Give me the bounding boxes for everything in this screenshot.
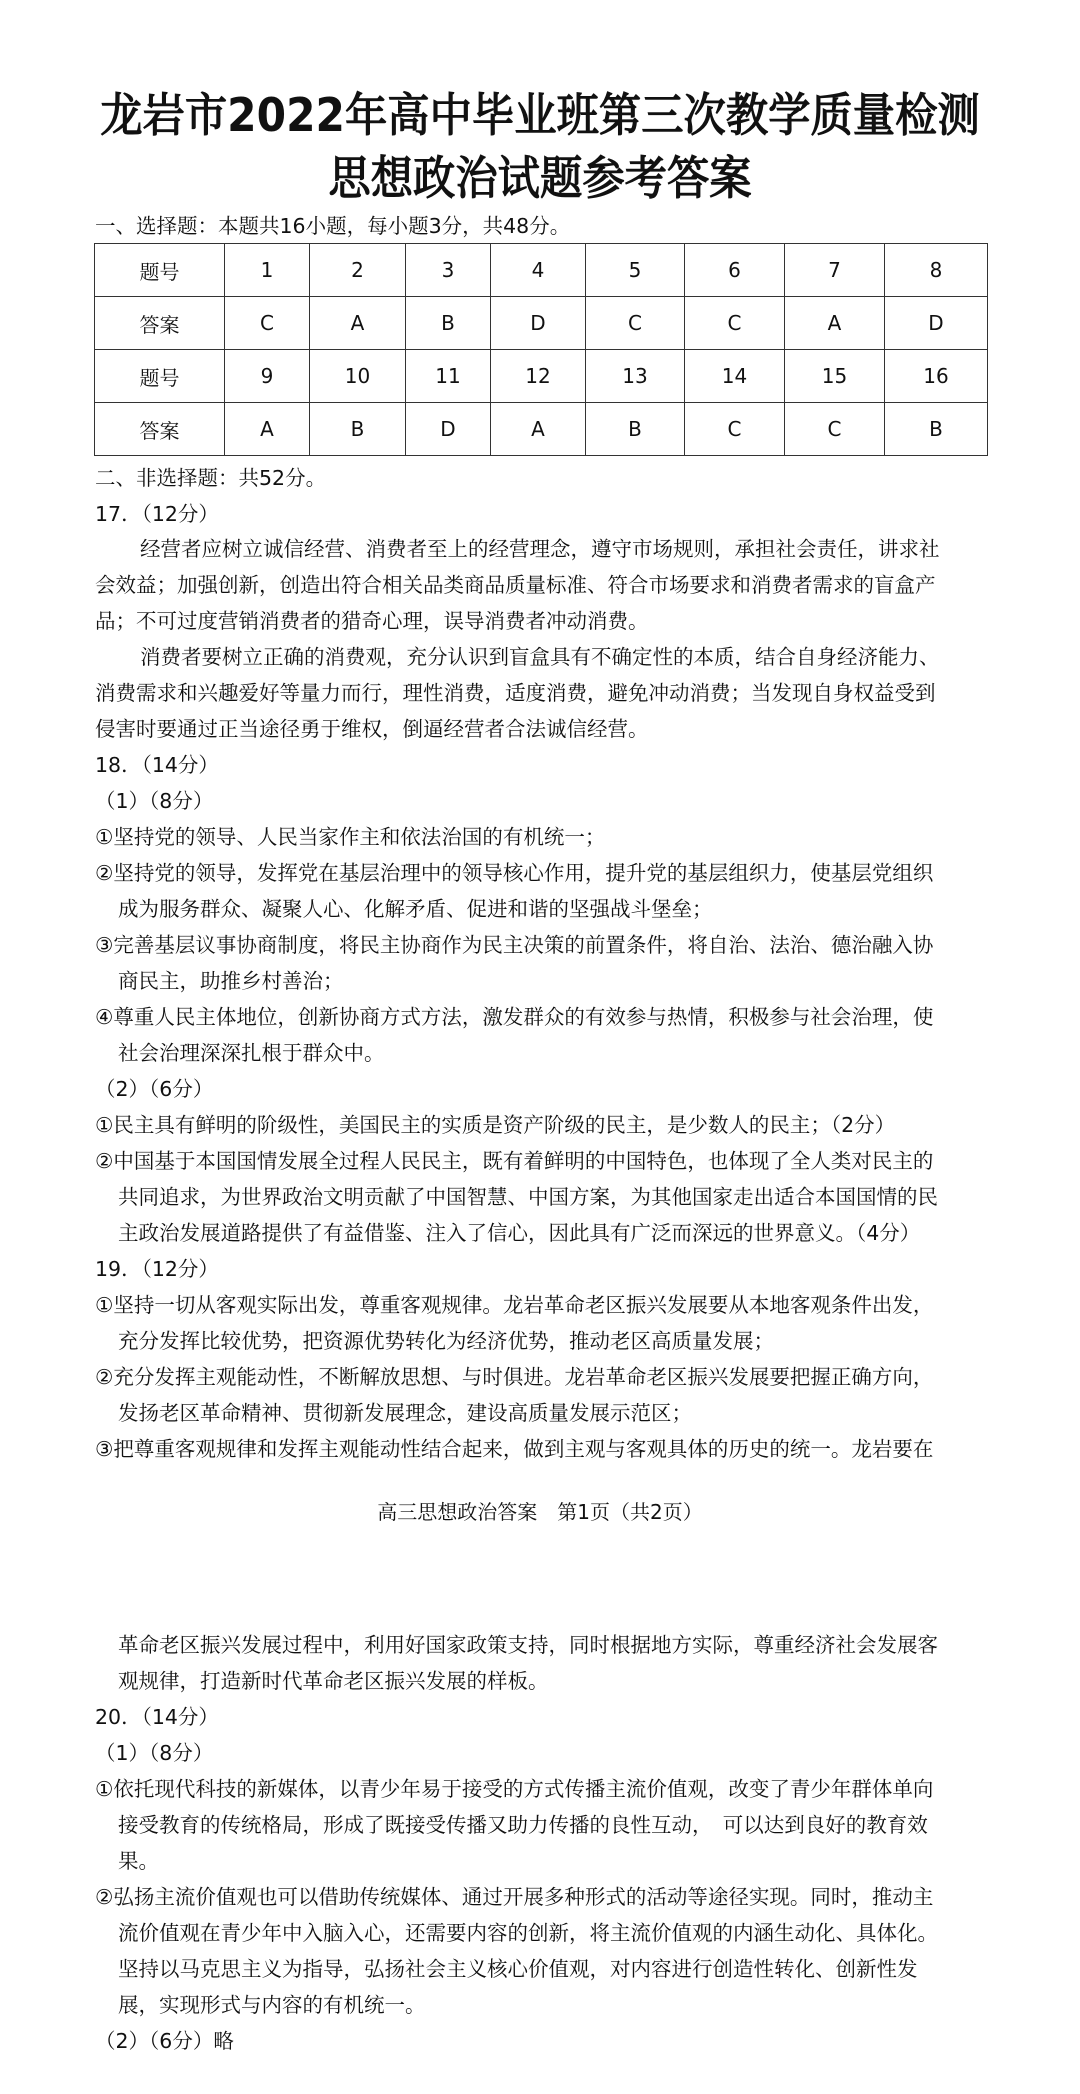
q20-part1-line: 接受教育的传统格局，形成了既接受传播又助力传播的良性互动， 可以达到良好的教育效 (118, 1807, 1023, 1843)
table-row: 答案 A B D A B C C B (95, 403, 988, 456)
document-title: 龙岩市2022年高中毕业班第三次教学质量检测 (43, 92, 1037, 138)
table-cell: 3 (406, 244, 491, 297)
q18-part1-line: 社会治理深深扎根于群众中。 (118, 1035, 1023, 1071)
section2-heading: 二、非选择题：共52分。 (95, 460, 1000, 496)
table-cell: 9 (225, 350, 310, 403)
q20-part1-line: 展，实现形式与内容的有机统一。 (118, 1987, 1023, 2023)
table-cell: 8 (885, 244, 988, 297)
table-cell: B (586, 403, 685, 456)
q18-part1-label: （1）（8分） (95, 783, 1000, 819)
table-cell: C (685, 403, 785, 456)
q17-label: 17．（12分） (95, 496, 1000, 532)
q18-part1-line: ②坚持党的领导，发挥党在基层治理中的领导核心作用，提升党的基层组织力，使基层党组… (95, 855, 1000, 891)
q20-part1-line: 坚持以马克思主义为指导，弘扬社会主义核心价值观，对内容进行创造性转化、创新性发 (118, 1951, 1023, 1987)
table-cell: 11 (406, 350, 491, 403)
table-cell: B (310, 403, 406, 456)
table-cell: A (785, 297, 885, 350)
q18-label: 18．（14分） (95, 747, 1000, 783)
q20-part1-label: （1）（8分） (95, 1735, 1000, 1771)
q20-part2-label: （2）（6分）略 (95, 2023, 1000, 2059)
table-row: 题号 1 2 3 4 5 6 7 8 (95, 244, 988, 297)
table-cell: D (885, 297, 988, 350)
table-cell: A (491, 403, 586, 456)
section1-heading: 一、选择题：本题共16小题，每小题3分，共48分。 (95, 208, 1000, 244)
table-header-cell: 答案 (95, 297, 225, 350)
q18-part2-line: ②中国基于本国国情发展全过程人民民主，既有着鲜明的中国特色，也体现了全人类对民主… (95, 1143, 1000, 1179)
table-cell: 4 (491, 244, 586, 297)
q17-line: 侵害时要通过正当途径勇于维权，倒逼经营者合法诚信经营。 (95, 711, 1000, 747)
q18-part2-line: 主政治发展道路提供了有益借鉴、注入了信心，因此具有广泛而深远的世界意义。（4分） (118, 1215, 1023, 1251)
q19-line: 充分发挥比较优势，把资源优势转化为经济优势，推动老区高质量发展； (118, 1323, 1023, 1359)
q18-part1-line: ①坚持党的领导、人民当家作主和依法治国的有机统一； (95, 819, 1000, 855)
table-cell: 1 (225, 244, 310, 297)
q18-part1-line: ④尊重人民主体地位，创新协商方式方法，激发群众的有效参与热情，积极参与社会治理，… (95, 999, 1000, 1035)
table-cell: 10 (310, 350, 406, 403)
q18-part1-line: 商民主，助推乡村善治； (118, 963, 1023, 999)
table-cell: 16 (885, 350, 988, 403)
page-footer: 高三思想政治答案 第1页（共2页） (0, 1497, 1080, 1527)
q19-continued-line: 革命老区振兴发展过程中，利用好国家政策支持，同时根据地方实际，尊重经济社会发展客 (118, 1627, 1023, 1663)
q19-line: ①坚持一切从客观实际出发，尊重客观规律。龙岩革命老区振兴发展要从本地客观条件出发… (95, 1287, 1000, 1323)
q17-line: 会效益；加强创新，创造出符合相关品类商品质量标准、符合市场要求和消费者需求的盲盒… (95, 567, 1000, 603)
q18-part1-line: ③完善基层议事协商制度，将民主协商作为民主决策的前置条件，将自治、法治、德治融入… (95, 927, 1000, 963)
document-subtitle: 思想政治试题参考答案 (43, 155, 1037, 201)
q19-line: 发扬老区革命精神、贯彻新发展理念，建设高质量发展示范区； (118, 1395, 1023, 1431)
table-cell: A (310, 297, 406, 350)
table-cell: C (225, 297, 310, 350)
table-cell: C (685, 297, 785, 350)
q19-label: 19．（12分） (95, 1251, 1000, 1287)
q20-label: 20．（14分） (95, 1699, 1000, 1735)
table-cell: 2 (310, 244, 406, 297)
q18-part2-line: 共同追求，为世界政治文明贡献了中国智慧、中国方案，为其他国家走出适合本国国情的民 (118, 1179, 1023, 1215)
table-cell: 5 (586, 244, 685, 297)
q17-line: 消费需求和兴趣爱好等量力而行，理性消费，适度消费，避免冲动消费；当发现自身权益受… (95, 675, 1000, 711)
q18-part1-line: 成为服务群众、凝聚人心、化解矛盾、促进和谐的坚强战斗堡垒； (118, 891, 1023, 927)
table-header-cell: 答案 (95, 403, 225, 456)
q19-line: ②充分发挥主观能动性，不断解放思想、与时俱进。龙岩革命老区振兴发展要把握正确方向… (95, 1359, 1000, 1395)
q17-line: 品；不可过度营销消费者的猎奇心理，误导消费者冲动消费。 (95, 603, 1000, 639)
table-cell: D (491, 297, 586, 350)
table-row: 答案 C A B D C C A D (95, 297, 988, 350)
table-cell: B (406, 297, 491, 350)
answer-table: 题号 1 2 3 4 5 6 7 8 答案 C A B D C C A D 题号… (94, 243, 988, 456)
table-cell: 15 (785, 350, 885, 403)
table-cell: A (225, 403, 310, 456)
table-cell: D (406, 403, 491, 456)
table-header-cell: 题号 (95, 244, 225, 297)
table-cell: C (586, 297, 685, 350)
table-cell: 6 (685, 244, 785, 297)
table-cell: 14 (685, 350, 785, 403)
q20-part1-line: 流价值观在青少年中入脑入心，还需要内容的创新，将主流价值观的内涵生动化、具体化。 (118, 1915, 1023, 1951)
q19-line: ③把尊重客观规律和发挥主观能动性结合起来，做到主观与客观具体的历史的统一。龙岩要… (95, 1431, 1000, 1467)
q20-part1-line: ②弘扬主流价值观也可以借助传统媒体、通过开展多种形式的活动等途径实现。同时，推动… (95, 1879, 1000, 1915)
table-header-cell: 题号 (95, 350, 225, 403)
q20-part1-line: ①依托现代科技的新媒体，以青少年易于接受的方式传播主流价值观，改变了青少年群体单… (95, 1771, 1000, 1807)
q17-line: 消费者要树立正确的消费观，充分认识到盲盒具有不确定性的本质，结合自身经济能力、 (140, 639, 1045, 675)
q20-part1-line: 果。 (118, 1843, 1023, 1879)
table-cell: 7 (785, 244, 885, 297)
table-cell: C (785, 403, 885, 456)
q19-continued-line: 观规律，打造新时代革命老区振兴发展的样板。 (118, 1663, 1023, 1699)
table-row: 题号 9 10 11 12 13 14 15 16 (95, 350, 988, 403)
q17-line: 经营者应树立诚信经营、消费者至上的经营理念，遵守市场规则，承担社会责任，讲求社 (140, 531, 1045, 567)
table-cell: 13 (586, 350, 685, 403)
table-cell: B (885, 403, 988, 456)
q18-part2-line: ①民主具有鲜明的阶级性，美国民主的实质是资产阶级的民主，是少数人的民主；（2分） (95, 1107, 1000, 1143)
table-cell: 12 (491, 350, 586, 403)
q18-part2-label: （2）（6分） (95, 1071, 1000, 1107)
